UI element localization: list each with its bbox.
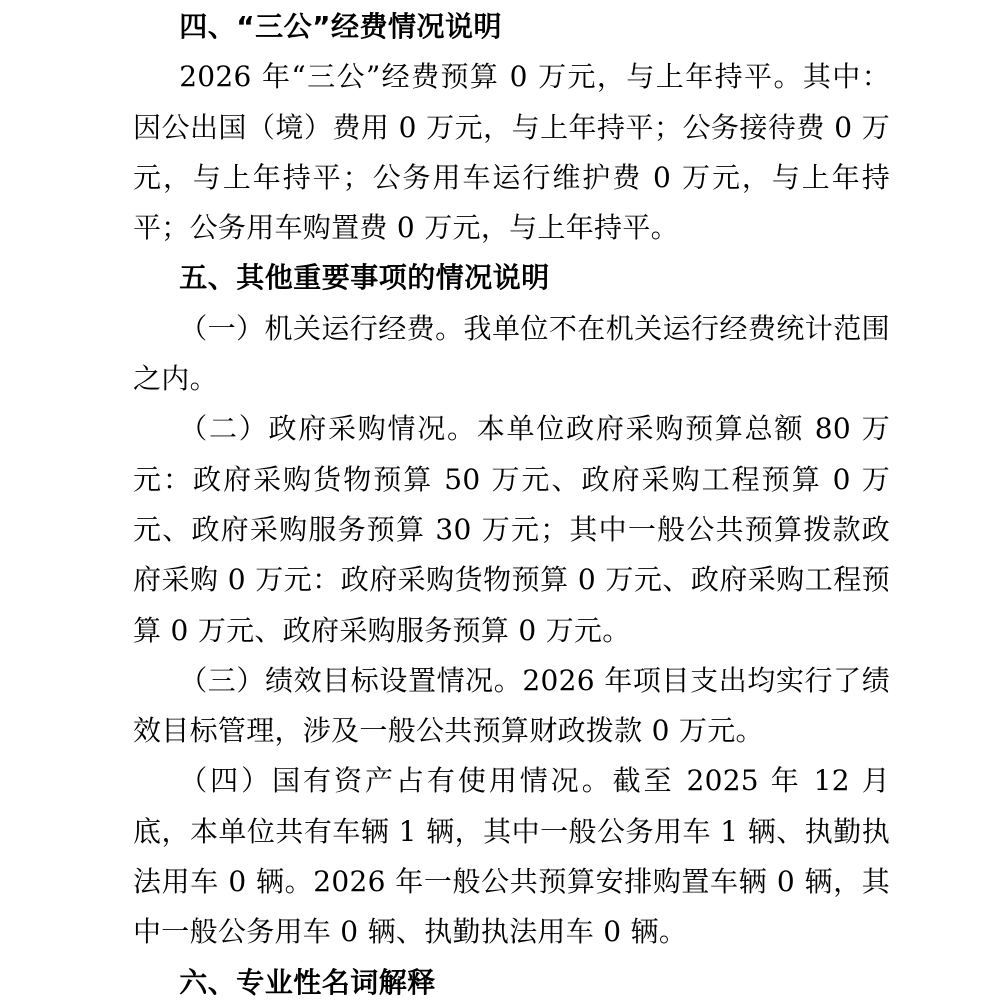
section-heading-glossary: 六、专业性名词解释 <box>133 958 890 1002</box>
paragraph-agency-operating-funds: （一）机关运行经费。我单位不在机关运行经费统计范围之内。 <box>133 304 890 405</box>
paragraph-performance-targets: （三）绩效目标设置情况。2026 年项目支出均实行了绩效目标管理，涉及一般公共预… <box>133 656 890 757</box>
paragraph-sangong-budget-details: 2026 年“三公”经费预算 0 万元，与上年持平。其中：因公出国（境）费用 0… <box>133 52 890 253</box>
document-page: 四、“三公”经费情况说明 2026 年“三公”经费预算 0 万元，与上年持平。其… <box>0 0 1000 1002</box>
section-heading-other-important-items: 五、其他重要事项的情况说明 <box>133 253 890 303</box>
section-heading-sangong-expenses: 四、“三公”经费情况说明 <box>133 2 890 52</box>
paragraph-government-procurement: （二）政府采购情况。本单位政府采购预算总额 80 万元：政府采购货物预算 50 … <box>133 404 890 655</box>
document-content: 四、“三公”经费情况说明 2026 年“三公”经费预算 0 万元，与上年持平。其… <box>133 2 890 1002</box>
paragraph-state-owned-assets: （四）国有资产占有使用情况。截至 2025 年 12 月底，本单位共有车辆 1 … <box>133 756 890 957</box>
